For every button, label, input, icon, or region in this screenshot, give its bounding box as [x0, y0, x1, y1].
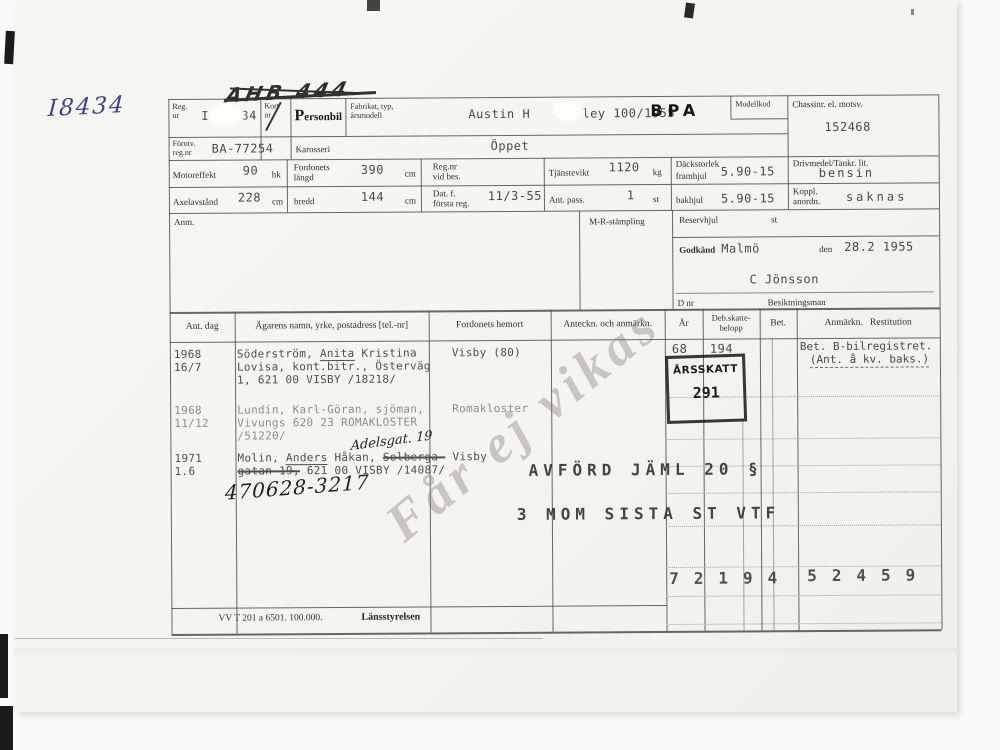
reg-nr-value: I — [201, 109, 209, 123]
entry-date: 19711.6 — [174, 452, 234, 478]
registration-form: Får ej vikas Reg.nr I 34 Kortnr Personbi… — [0, 0, 1000, 750]
rear-tyre-value: 5.90-15 — [721, 191, 775, 205]
form-line — [730, 118, 787, 119]
form-line — [287, 159, 288, 212]
service-weight-unit: kg — [653, 167, 662, 177]
inspector-label: Besiktningsman — [768, 297, 826, 307]
col-header-tax: Deb.skatte-belopp — [703, 312, 760, 332]
serial-digit: 5 — [881, 566, 891, 585]
serial-digit: 4 — [856, 566, 866, 585]
entry-owner-text: Söderström, Anita KristinaLovisa, kont.b… — [237, 346, 437, 386]
first-reg-label: Dat. f.första reg. — [433, 188, 470, 208]
dotted-row-line — [666, 594, 941, 597]
entry-domicile: Visby (80) — [452, 346, 521, 359]
model-code-label: Modellkod — [735, 99, 770, 108]
entry-date: 196816/7 — [174, 348, 234, 374]
form-line — [938, 94, 942, 629]
bpa-stamp: BPA — [650, 101, 700, 120]
front-tyre-value: 5.90-15 — [721, 164, 775, 178]
engine-power-label: Motoreffekt — [173, 170, 216, 180]
deregistered-stamp-line1: AVFÖRD JÄML 20 § — [529, 459, 763, 479]
dotted-row-line — [667, 622, 942, 625]
previous-reg-label: Förutv.reg.nr — [173, 139, 196, 157]
form-line — [787, 95, 789, 209]
passengers-label: Ant. pass. — [549, 194, 585, 204]
entry-date: 196811/12 — [174, 404, 234, 430]
scanned-document: I8434 AHB 444 Får ej vikas Reg.nr I 34 K… — [0, 0, 1000, 750]
approved-den-label: den — [819, 244, 832, 254]
chassis-value: 152468 — [824, 120, 870, 134]
body-type-label: Karosseri — [296, 144, 331, 154]
whiteout-blob — [210, 106, 242, 125]
fuel-value: bensin — [819, 166, 874, 180]
coupling-value: saknas — [846, 190, 907, 204]
serial-digit: 9 — [905, 565, 915, 584]
form-line — [671, 157, 672, 210]
remarks-label: Anm. — [174, 217, 194, 227]
annual-tax-stamp: ÅRSSKATT 291 — [665, 353, 747, 424]
dotted-row-line — [665, 437, 940, 440]
reg-nr-label: Reg.nr — [172, 102, 187, 120]
deregistered-stamp-line2: 3 MOM SISTA ST VTF — [517, 503, 781, 524]
dotted-row-line — [666, 491, 941, 494]
annual-tax-stamp-label: ÅRSSKATT — [668, 363, 742, 377]
form-line — [169, 208, 939, 214]
rear-wheel-label: bakhjul — [676, 195, 703, 205]
engine-power-unit: hk — [272, 169, 281, 179]
serial-digit: 4 — [767, 568, 777, 587]
length-unit: cm — [405, 169, 416, 179]
form-line — [171, 605, 666, 609]
width-unit: cm — [405, 196, 416, 206]
form-line — [172, 629, 942, 636]
spare-wheel-label: Reservhjul — [679, 215, 718, 225]
serial-digit: 1 — [718, 569, 728, 588]
signature-line — [676, 291, 934, 294]
length-label: Fordonetslängd — [294, 162, 330, 182]
passengers-unit: st — [653, 194, 659, 204]
tax-note-line2: (Ant. å kv. baks.) — [810, 352, 929, 368]
service-weight-label: Tjänstevikt — [549, 167, 590, 177]
serial-number-left: 72194 — [669, 568, 777, 588]
width-value: 144 — [361, 190, 384, 204]
handwritten-archive-number: I8434 — [47, 92, 126, 122]
body-type-value: Öppet — [491, 139, 530, 153]
tax-year: 68 — [672, 342, 688, 356]
wheelbase-unit: cm — [272, 196, 283, 206]
form-line — [797, 308, 800, 630]
serial-digit: 7 — [669, 569, 679, 588]
serial-digit: 2 — [694, 569, 704, 588]
passengers-value: 1 — [627, 188, 635, 202]
reg-nr-value-suffix: 34 — [241, 108, 257, 122]
front-wheel-label: framhjul — [676, 171, 707, 181]
whiteout-blob — [554, 101, 581, 119]
mr-stamp-label: M-R-stämpling — [589, 216, 645, 226]
width-label: bredd — [294, 196, 315, 206]
form-line — [421, 158, 422, 211]
issuer-label: Länsstyrelsen — [361, 611, 420, 622]
approved-place: Malmö — [721, 241, 760, 255]
approved-label: Godkänd — [679, 245, 715, 255]
form-line — [672, 210, 674, 309]
annual-tax-stamp-value: 291 — [669, 383, 744, 403]
d-nr-label: D nr — [678, 298, 694, 308]
owner-entry: 19711.6Molin, Anders Håkan, Solberga-gat… — [170, 445, 940, 450]
serial-number-right: 52459 — [807, 565, 915, 585]
spare-wheel-unit: st — [771, 214, 777, 224]
engine-power-value: 90 — [243, 163, 259, 177]
regnr-at-inspection-label: Reg.nrvid bes. — [433, 161, 461, 181]
col-header-domicile: Fordonets hemort — [429, 320, 551, 331]
serial-digit: 2 — [832, 566, 842, 585]
col-header-paid: Bet. — [760, 318, 797, 328]
form-line — [579, 211, 581, 310]
form-line — [672, 235, 939, 238]
form-line — [170, 307, 940, 314]
col-header-owner: Ägarens namn, yrke, postadress [tel.-nr] — [235, 320, 429, 331]
make-model-value: Austin H — [468, 107, 530, 121]
form-line — [169, 182, 939, 188]
inspector-signature: C Jönsson — [749, 272, 819, 286]
length-value: 390 — [361, 163, 384, 177]
form-line — [345, 98, 346, 136]
approved-date: 28.2 1955 — [844, 239, 914, 253]
chassis-label: Chassinr. el. motsv. — [792, 99, 862, 109]
first-reg-value: 11/3-55 — [488, 189, 542, 203]
serial-digit: 9 — [743, 568, 753, 587]
tyre-size-label: Däckstorlek — [676, 159, 720, 169]
coupling-label: Koppl.anordn. — [793, 186, 820, 206]
form-line — [730, 96, 731, 119]
form-line — [290, 98, 291, 159]
col-header-remark: Anmärkn. Restitution — [797, 317, 940, 328]
service-weight-value: 1120 — [609, 160, 640, 174]
wheelbase-value: 228 — [238, 190, 261, 204]
form-line — [544, 158, 545, 211]
col-header-date: Ant. dag — [170, 322, 235, 332]
col-header-year: År — [665, 319, 703, 329]
serial-digit: 5 — [807, 566, 817, 585]
wheelbase-label: Axelavstånd — [173, 197, 218, 207]
dotted-row-line — [666, 524, 941, 527]
make-model-label: Fabrikat, typ,årsmodell — [350, 102, 393, 120]
form-code: VV T 201 a 6501. 100.000. — [218, 613, 322, 624]
previous-reg-value: BA-77254 — [212, 141, 274, 155]
tax-note-line1: Bet. B-bilregistret. — [800, 339, 933, 353]
vehicle-type-label: Personbil — [294, 107, 342, 125]
